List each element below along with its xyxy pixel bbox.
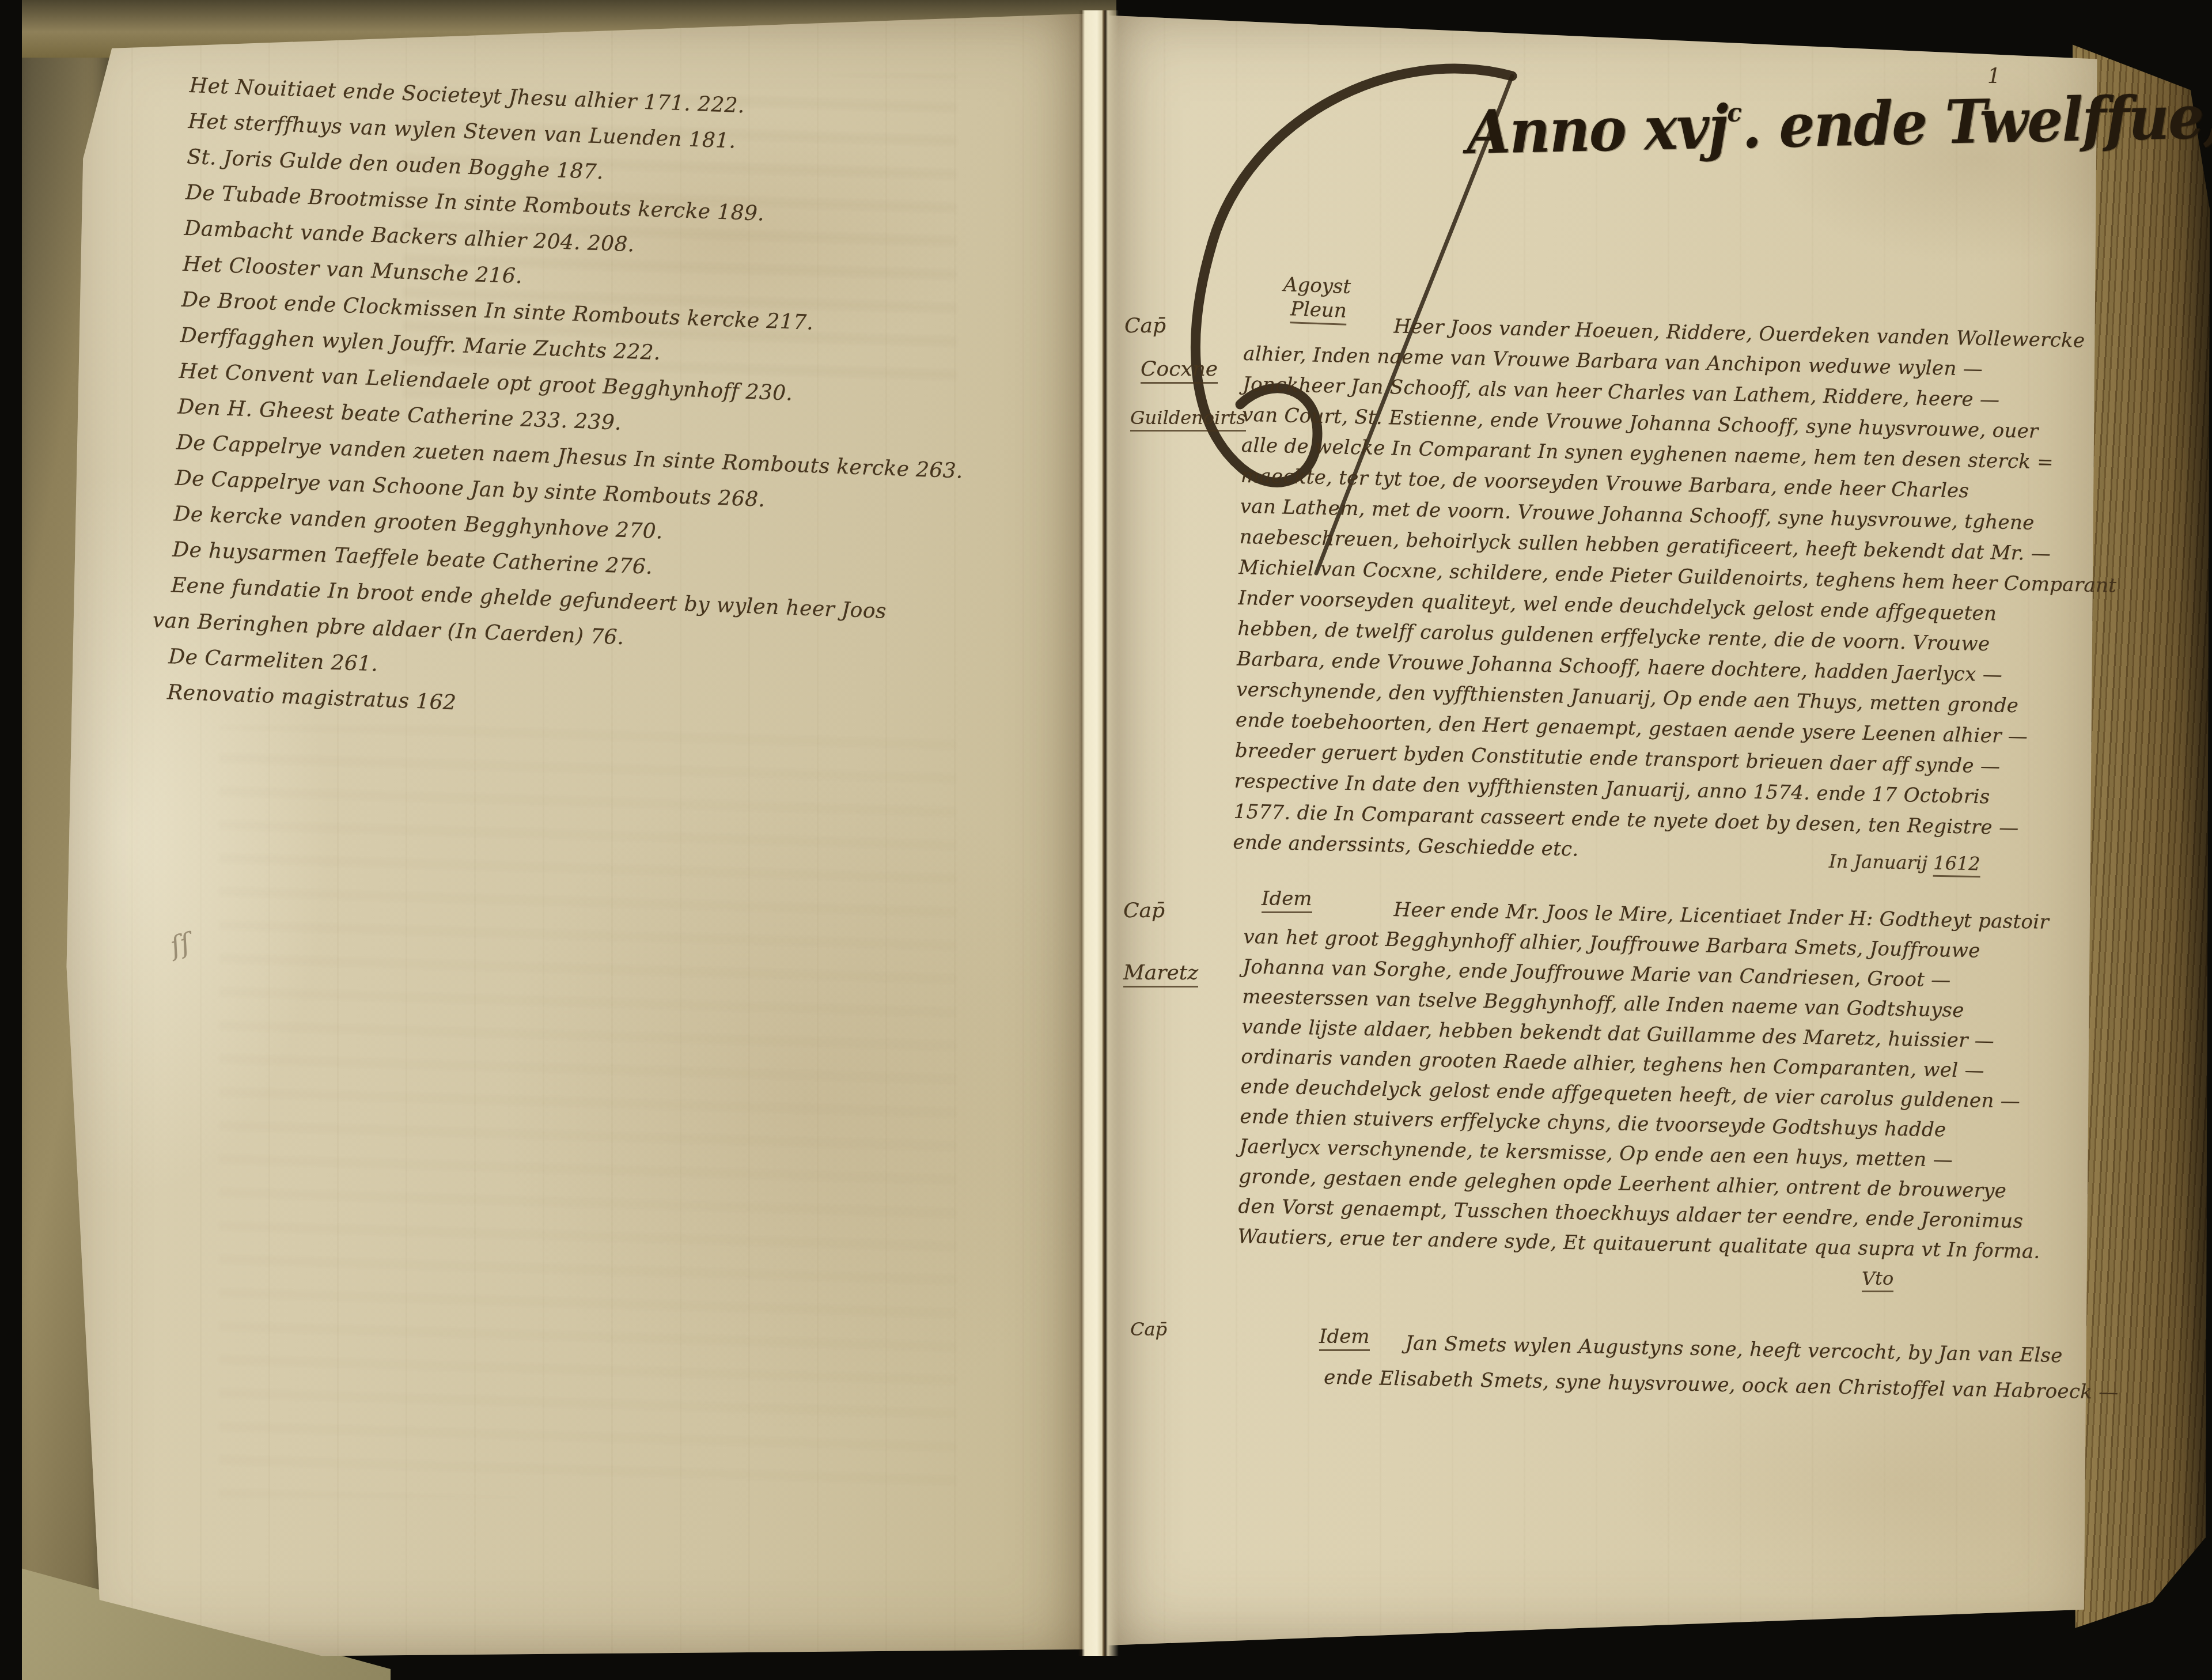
margin-note-party: Cocxne bbox=[1141, 357, 1218, 384]
book-gutter bbox=[1078, 10, 1119, 1656]
folio-number: 1 bbox=[1987, 65, 2001, 88]
margin-note-party: Maretz bbox=[1123, 961, 1198, 987]
entry-paragraph-1: Heer Joos vander Hoeuen, Riddere, Ouerde… bbox=[1233, 308, 2122, 876]
index-list: Het Nouitiaet ende Societeyt Jhesu alhie… bbox=[166, 68, 977, 739]
heading-superscript: c bbox=[1727, 98, 1742, 128]
margin-note-party: Guildenoirts bbox=[1130, 407, 1246, 432]
margin-note-top: Agoyst bbox=[1283, 273, 1351, 298]
margin-note-cap: Cap̄ bbox=[1124, 314, 1166, 338]
entry-paragraph-2: Heer ende Mr. Joos le Mire, Licentiaet I… bbox=[1237, 892, 2049, 1267]
date-note-year: 1612 bbox=[1933, 852, 1980, 877]
heading-post: . ende Twelffue, bbox=[1741, 81, 2212, 162]
manuscript-scan: Het Nouitiaet ende Societeyt Jhesu alhie… bbox=[0, 0, 2212, 1680]
margin-note-cap: Cap̄ bbox=[1123, 899, 1165, 922]
sub-note: Vto bbox=[1862, 1267, 1893, 1292]
date-note: In Januarij 1612 bbox=[1829, 850, 1980, 875]
heading-pre: Anno xvj bbox=[1466, 92, 1728, 168]
date-note-text: In Januarij bbox=[1829, 850, 1934, 874]
margin-note-cap: Cap̄ bbox=[1130, 1318, 1167, 1340]
